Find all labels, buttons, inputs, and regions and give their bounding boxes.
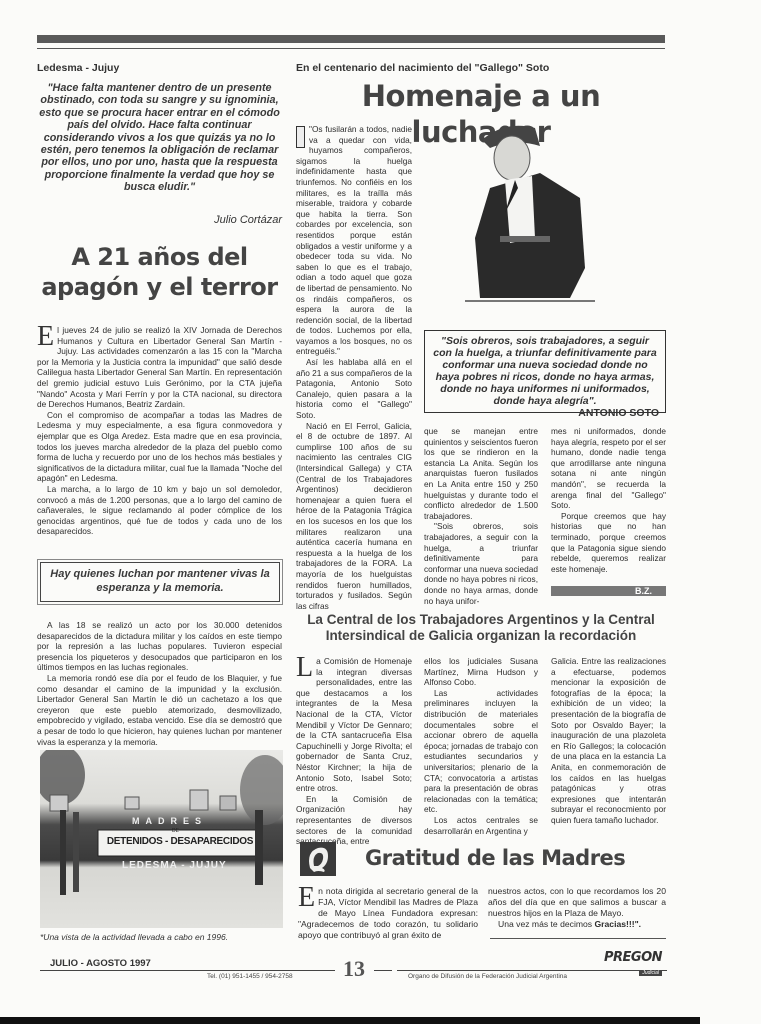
dropcap-l: L [296, 657, 313, 679]
soto-column-1: "Os fusilarán a todos, nadie va a quedar… [296, 124, 412, 611]
cta-headline: La Central de los Trabajadores Argentino… [296, 612, 666, 644]
dropcap-quote-icon [296, 126, 305, 148]
hope-callout-box: Hay quienes luchan por mantener vivas la… [40, 562, 280, 602]
cta-column-3: Galicia. Entre las realizaciones a efect… [551, 656, 666, 826]
soto-col2-p2: "Sois obreros, sois trabajadores, a segu… [424, 521, 538, 606]
left-article-body: El jueves 24 de julio se realizó la XIV … [37, 325, 282, 537]
left-headline-line1: A 21 años del [37, 242, 282, 272]
hope-callout-text: Hay quienes luchan por mantener vivas la… [45, 567, 275, 595]
section-label-right: En el centenario del nacimiento del "Gal… [296, 62, 549, 74]
soto-col1-p1: "Os fusilarán a todos, nadie va a quedar… [296, 124, 412, 356]
section-label-left: Ledesma - Jujuy [37, 62, 119, 74]
cta-col1-p2: En la Comisión de Organización hay repre… [296, 794, 412, 847]
left-paragraph-1: l jueves 24 de julio se realizó la XIV J… [37, 325, 282, 409]
banner-de: DE [172, 828, 179, 834]
banner-bottom: LEDESMA - JUJUY [122, 860, 227, 871]
soto-pull-quote-box: "Sois obreros, sois trabajadores, a segu… [424, 330, 666, 413]
soto-col3-p1: mes ni uniformados, donde haya alegría, … [551, 426, 666, 511]
madres-column-2: nuestros actos, con lo que recordamos lo… [488, 886, 666, 930]
signature-bar: B.Z. [551, 586, 666, 596]
cortazar-quote: "Hace falta mantener dentro de un presen… [37, 82, 282, 194]
madres-headline: Gratitud de las Madres [345, 844, 645, 872]
cta-col2-p1: ellos los judiciales Susana Martínez, Mi… [424, 656, 538, 688]
left-paragraph-5: La memoria rondó ese día por el feudo de… [37, 673, 282, 747]
footer-tel: Tel. (01) 951-1455 / 954-2758 [207, 973, 293, 980]
soto-col1-p2: Así les hablaba allá en el año 21 a sus … [296, 357, 412, 421]
soto-col1-p3: Nació en El Ferrol, Galicia, el 8 de oct… [296, 421, 412, 612]
madres-col2-p2-pre: Una vez más te decimos [498, 919, 594, 929]
soto-column-2: que se manejan entre quinientos y seisci… [424, 426, 538, 606]
soto-pull-author: ANTONIO SOTO [431, 407, 659, 419]
left-paragraph-4: A las 18 se realizó un acto por los 30.0… [37, 620, 282, 673]
footer-rule-left [40, 970, 335, 971]
cortazar-author: Julio Cortázar [37, 214, 282, 226]
banner-madres: MADRES [132, 816, 207, 826]
madres-column-1: En nota dirigida al secretario general d… [298, 886, 478, 941]
madres-col2-p1: nuestros actos, con lo que recordamos lo… [488, 886, 666, 919]
banner-main: DETENIDOS - DESAPARECIDOS [100, 836, 260, 847]
dropcap-e-madres: E [298, 887, 315, 909]
soto-pull-quote: "Sois obreros, sois trabajadores, a segu… [431, 335, 659, 407]
footer-rule-mid [374, 970, 392, 971]
madres-end-rule [490, 938, 666, 939]
photo-caption: *Una vista de la actividad llevada a cab… [40, 932, 228, 942]
pregon-logo-sub: Judicial [639, 970, 662, 976]
cta-col2-p2: Las actividades preliminares incluyen la… [424, 688, 538, 815]
pregon-logo: PREGON Judicial [604, 950, 662, 979]
header-bar [37, 35, 665, 43]
madres-headscarf-icon [300, 842, 336, 876]
bottom-bar [0, 1017, 700, 1024]
left-article-body-2: A las 18 se realizó un acto por los 30.0… [37, 620, 282, 747]
cta-col2-p3: Los actos centrales se desarrollarán en … [424, 815, 538, 836]
dropcap-e: E [37, 326, 54, 348]
soto-portrait [460, 118, 620, 308]
soto-col2-p1: que se manejan entre quinientos y seisci… [424, 426, 538, 521]
cta-col3-p1: Galicia. Entre las realizaciones a efect… [551, 656, 666, 826]
page-number: 13 [343, 956, 365, 982]
soto-col3-p2: Porque creemos que hay historias que no … [551, 511, 666, 575]
left-headline-line2: apagón y el terror [37, 272, 282, 302]
march-photo: MADRES DE DETENIDOS - DESAPARECIDOS LEDE… [40, 750, 283, 928]
cta-col1-p1: a Comisión de Homenaje la integran diver… [296, 656, 412, 793]
cta-column-2: ellos los judiciales Susana Martínez, Mi… [424, 656, 538, 836]
soto-column-3: mes ni uniformados, donde haya alegría, … [551, 426, 666, 574]
madres-col1-text: n nota dirigida al secretario general de… [298, 886, 478, 940]
left-paragraph-2: Con el compromiso de acompañar a todas l… [37, 410, 282, 484]
header-rule [37, 48, 665, 49]
left-headline: A 21 años del apagón y el terror [37, 242, 282, 302]
left-paragraph-3: La marcha, a lo largo de 10 km y bajo un… [37, 484, 282, 537]
madres-col2-p2-bold: Gracias!!!". [594, 919, 641, 929]
footer-org: Organo de Difusión de la Federación Judi… [408, 973, 567, 980]
cta-column-1: La Comisión de Homenaje la integran dive… [296, 656, 412, 847]
soto-portrait-illustration [460, 118, 620, 308]
footer-date: JULIO - AGOSTO 1997 [50, 958, 151, 969]
headscarf-glyph [300, 842, 336, 876]
